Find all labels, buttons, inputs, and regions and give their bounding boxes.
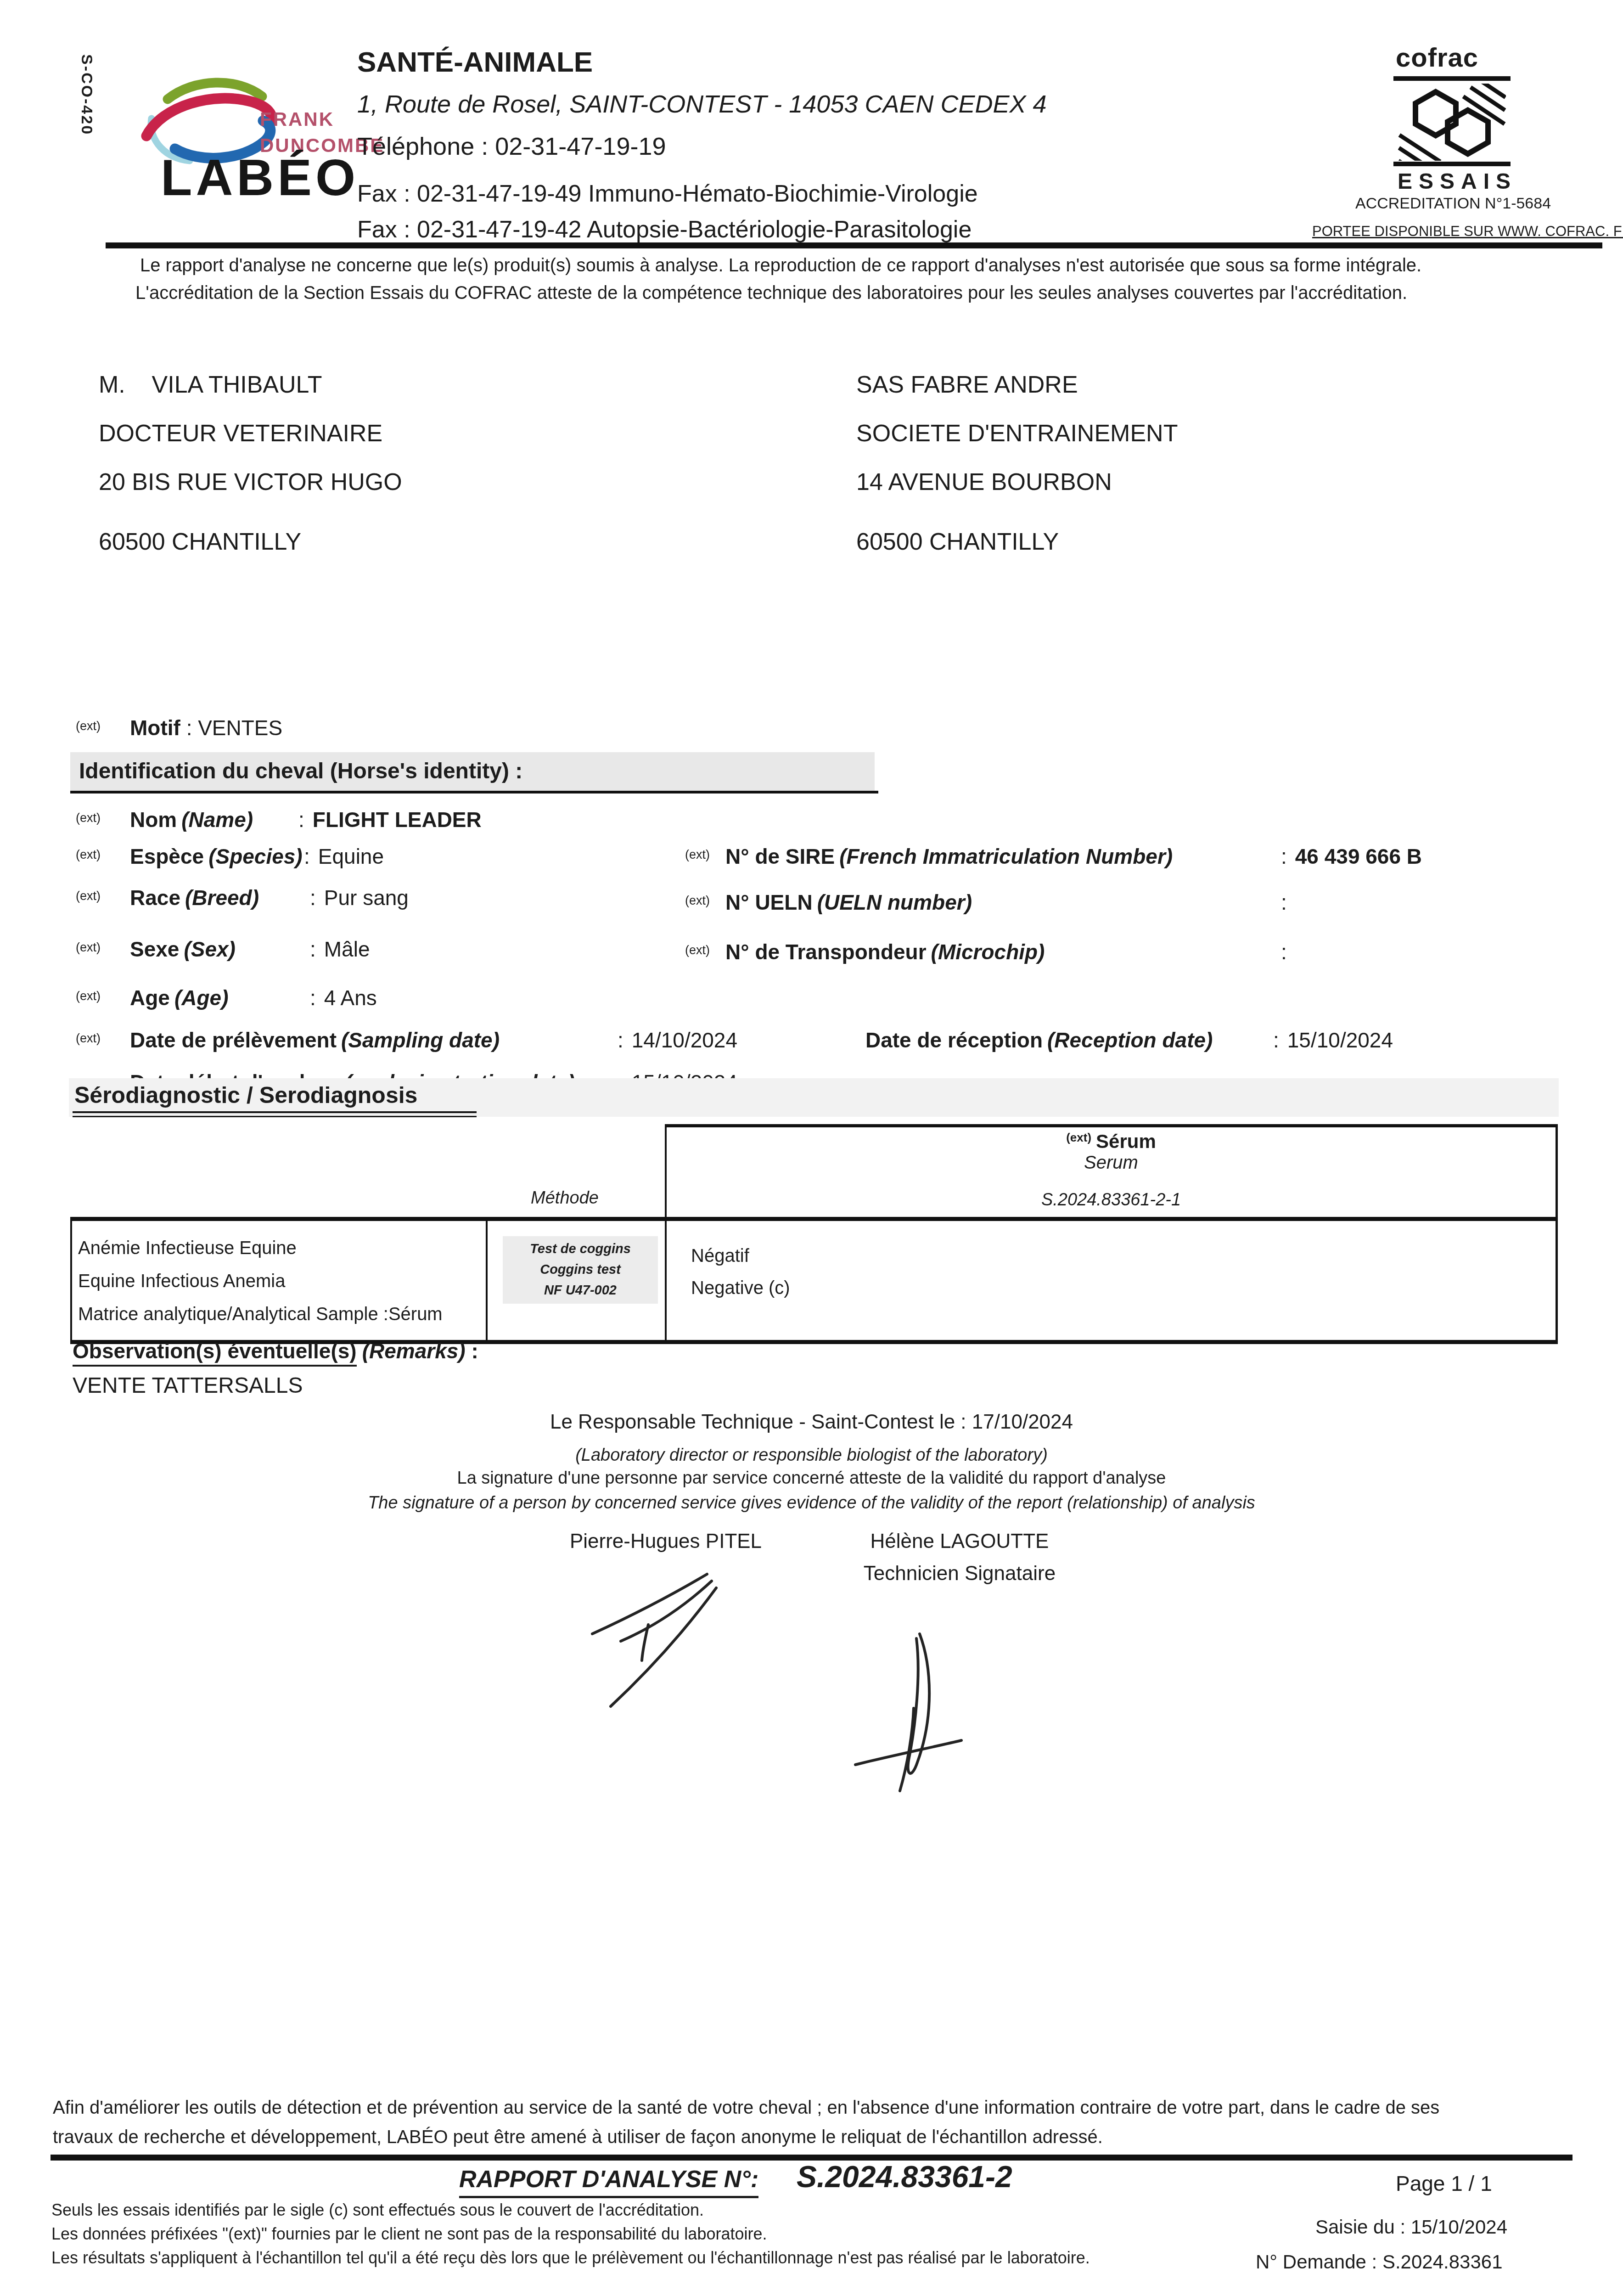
lab-address: 1, Route de Rosel, SAINT-CONTEST - 14053… [357,90,1047,118]
sero-heading-underline-2 [73,1116,477,1117]
field-ueln: (ext)N° UELN(UELN number) : [685,890,972,915]
signoff-line-1: Le Responsable Technique - Saint-Contest… [0,1411,1623,1434]
identification-heading: Identification du cheval (Horse's identi… [79,759,522,784]
report-number-value: S.2024.83361-2 [797,2159,1012,2194]
table-header-top-border [665,1124,1557,1127]
field-age: (ext)Age(Age) :4 Ans [76,985,228,1010]
sero-heading-underline-1 [73,1111,477,1113]
cofrac-bottom-bar [1393,162,1511,166]
signer-left-name: Pierre-Hugues PITEL [551,1530,781,1553]
sex-value: Mâle [324,937,370,961]
disclaimer-line-1: Le rapport d'analyse ne concerne que le(… [140,255,1421,276]
method-cell: Test de coggins Coggins test NF U47-002 [503,1236,658,1304]
footer-legal-3: Les résultats s'appliquent à l'échantill… [51,2248,1090,2268]
field-race: (ext)Race(Breed) :Pur sang [76,885,259,910]
species-value: Equine [318,844,384,868]
request-number: N° Demande : S.2024.83361 [1256,2251,1503,2273]
observations-heading: Observation(s) éventuelle(s)(Remarks) : [73,1339,478,1363]
footer-legal-2: Les données préfixées "(ext)" fournies p… [51,2224,767,2244]
lab-fax-1: Fax : 02-31-47-19-49 Immuno-Hémato-Bioch… [357,180,978,208]
signer-right-name: Hélène LAGOUTTE [845,1530,1074,1553]
footer-legal-1: Seuls les essais identifiés par le sigle… [51,2200,704,2220]
field-date-prelevement: (ext)Date de prélèvement(Sampling date) … [76,1028,500,1052]
signoff-line-3: La signature d'une personne par service … [0,1469,1623,1488]
age-value: 4 Ans [324,986,377,1010]
table-left-border [70,1221,72,1340]
analyte-cell: Anémie Infectieuse Equine Equine Infecti… [78,1232,443,1331]
field-nom: (ext)Nom(Name) :FLIGHT LEADER [76,807,253,832]
ext-marker: (ext) [76,715,130,733]
report-number-label: RAPPORT D'ANALYSE N°: [459,2166,758,2198]
sample-id: S.2024.83361-2-1 [667,1190,1556,1210]
table-sample-header: (ext)Sérum Serum [667,1131,1556,1173]
observations-value: VENTE TATTERSALLS [73,1373,303,1398]
result-cell: Négatif Negative (c) [691,1240,790,1304]
cofrac-portee-link: PORTEE DISPONIBLE SUR WWW. COFRAC. FR [1312,223,1623,240]
recipient-veterinarian-line2: DOCTEUR VETERINAIRE [99,420,382,447]
signoff-line-2: (Laboratory director or responsible biol… [0,1446,1623,1465]
signature-right [844,1611,972,1797]
field-date-reception: Date de réception(Reception date) :15/10… [865,1028,1213,1052]
analyte-matrix: Matrice analytique/Analytical Sample :Sé… [78,1298,443,1331]
field-motif: (ext)Motif : VENTES [76,715,282,740]
recipient-owner-line3: 14 AVENUE BOURBON [856,468,1112,496]
sample-name-en: Serum [667,1153,1556,1173]
recipient-owner-city: 60500 CHANTILLY [856,528,1059,556]
recipient-veterinarian-line3: 20 BIS RUE VICTOR HUGO [99,468,402,496]
method-column-label: Méthode [477,1188,652,1208]
recipient-owner-line2: SOCIETE D'ENTRAINEMENT [856,420,1178,447]
table-right-border [1556,1124,1558,1344]
motif-colon: : [186,716,192,740]
footer-note-line-1: Afin d'améliorer les outils de détection… [53,2098,1439,2118]
cofrac-accreditation: ACCREDITATION N°1-5684 [1355,195,1551,213]
horse-name-value: FLIGHT LEADER [313,808,482,832]
reception-date-value: 15/10/2024 [1287,1028,1393,1052]
recipient-veterinarian-city: 60500 CHANTILLY [99,528,301,556]
motif-value: VENTES [198,716,282,740]
field-sire: (ext)N° de SIRE(French Immatriculation N… [685,844,1173,869]
analyte-en: Equine Infectious Anemia [78,1265,443,1298]
analysis-report-page: S-CO-420 FRANK DUNCOMBE LABÉO SANTÉ-ANIM… [0,0,1623,2296]
field-sexe: (ext)Sexe(Sex) :Mâle [76,937,236,962]
cofrac-emblem-icon [1398,84,1506,163]
signature-left [551,1556,735,1714]
recipient-owner-line1: SAS FABRE ANDRE [856,371,1078,399]
lab-phone: Téléphone : 02-31-47-19-19 [357,132,666,161]
sampling-date-value: 14/10/2024 [632,1028,737,1052]
page-indicator: Page 1 / 1 [1396,2171,1492,2196]
signer-right-title: Technicien Signataire [845,1562,1074,1585]
form-code-vertical: S-CO-420 [78,54,95,135]
field-espece: (ext)Espèce(Species) :Equine [76,844,303,869]
result-fr: Négatif [691,1240,790,1272]
cofrac-essais: ESSAIS [1398,169,1517,194]
labeo-wordmark: LABÉO [161,148,359,207]
sample-name: Sérum [1096,1131,1156,1152]
disclaimer-line-2: L'accréditation de la Section Essais du … [135,283,1407,304]
cofrac-top-bar [1393,76,1511,81]
field-transpondeur: (ext)N° de Transpondeur(Microchip) : [685,940,1045,964]
header-rule [106,242,1602,248]
report-title: SANTÉ-ANIMALE [357,46,593,79]
sero-heading: Sérodiagnostic / Serodiagnosis [74,1082,417,1109]
cofrac-wordmark: cofrac [1396,42,1478,73]
entry-date: Saisie du : 15/10/2024 [1315,2216,1507,2238]
sire-number-value: 46 439 666 B [1295,844,1422,868]
table-row-top-border [70,1217,1558,1221]
result-en: Negative (c) [691,1272,790,1304]
analyte-fr: Anémie Infectieuse Equine [78,1232,443,1265]
signoff-line-4: The signature of a person by concerned s… [0,1493,1623,1513]
footer-note-line-2: travaux de recherche et développement, L… [53,2127,1103,2148]
recipient-veterinarian-line1: M. VILA THIBAULT [99,371,322,399]
identification-heading-underline [70,791,878,793]
table-col-divider-1 [486,1221,488,1340]
lab-fax-2: Fax : 02-31-47-19-42 Autopsie-Bactériolo… [357,216,972,243]
breed-value: Pur sang [324,886,409,910]
